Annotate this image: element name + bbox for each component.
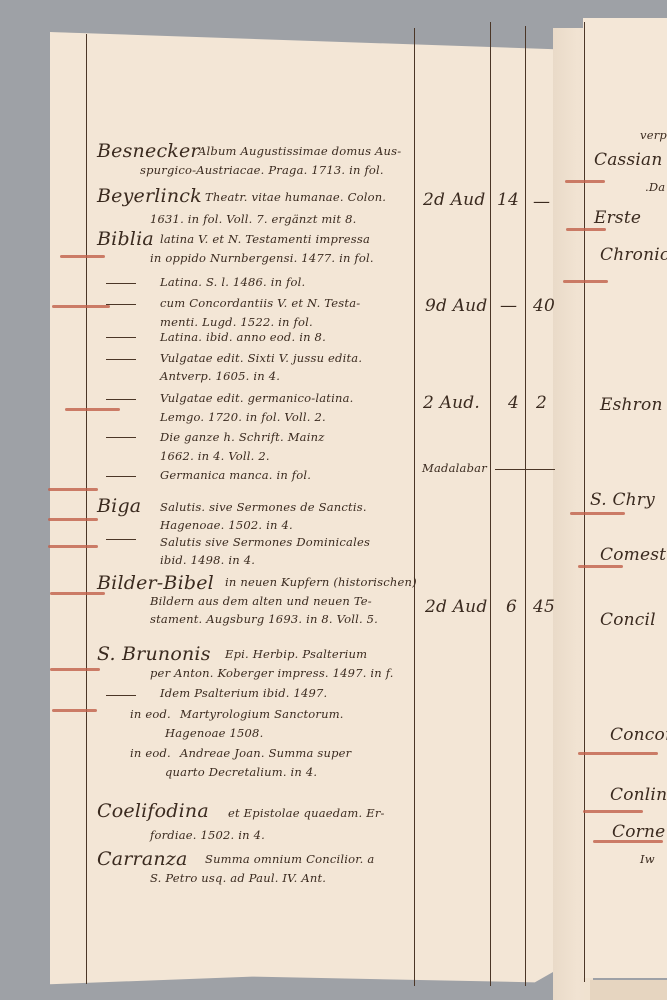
red-mark [48, 545, 98, 548]
entry-line: cum Concordantiis V. et N. Testa- [160, 296, 360, 310]
entry-line: latina V. et N. Testamenti impressa [160, 232, 370, 246]
entry-line: Salutis sive Sermones Dominicales [160, 535, 370, 549]
right-fragment: verp [640, 128, 667, 142]
entry-line: et Epistolae quaedam. Er- [228, 806, 385, 820]
red-mark [48, 518, 98, 521]
entry-line: fordiae. 1502. in 4. [150, 828, 265, 842]
ditto-dash [106, 437, 136, 438]
right-fragment: Comest [600, 545, 666, 565]
entry-line: Salutis. sive Sermones de Sanctis. [160, 500, 367, 514]
entry-line: Latina. S. l. 1486. in fol. [160, 275, 305, 289]
entry-heading: Besnecker [97, 140, 200, 162]
edition-cell: 2 Aud. [423, 393, 480, 413]
ditto-dash [106, 283, 136, 284]
ditto-dash [106, 337, 136, 338]
entry-heading: S. Brunonis [97, 643, 211, 665]
entry-line: Martyrologium Sanctorum. [180, 707, 344, 721]
ditto-dash [106, 304, 136, 305]
red-mark [52, 305, 110, 308]
entry-line: stament. Augsburg 1693. in 8. Voll. 5. [150, 612, 378, 626]
right-fragment: Concor [610, 725, 667, 745]
entry-line: Summa omnium Concilior. a [205, 852, 374, 866]
entry-line: Bildern aus dem alten und neuen Te- [150, 594, 372, 608]
entry-line: per Anton. Koberger impress. 1497. in f. [150, 666, 394, 680]
entry-line: 1631. in fol. Voll. 7. ergänzt mit 8. [150, 212, 356, 226]
madalabar-rule [495, 469, 555, 470]
column-rule-edition [414, 28, 415, 986]
entry-line: Idem Psalterium ibid. 1497. [160, 686, 327, 700]
right-fragment: Erste [594, 208, 641, 228]
right-fragment: Iw [640, 852, 655, 866]
entry-prefix: in eod. [130, 707, 171, 721]
entry-line: Hagenoae 1508. [165, 726, 263, 740]
right-fragment: Eshron [600, 395, 663, 415]
entry-line: Latina. ibid. anno eod. in 8. [160, 330, 326, 344]
entry-line: Die ganze h. Schrift. Mainz [160, 430, 325, 444]
entry-heading: Bilder-Bibel [97, 572, 214, 594]
value-cell-2: 40 [533, 296, 555, 316]
right-fragment: Conlin [610, 785, 667, 805]
red-mark [65, 408, 120, 411]
red-mark [60, 255, 105, 258]
value-cell-2: 2 [536, 393, 547, 413]
entry-heading: Carranza [97, 848, 188, 870]
column-rule-value-1 [490, 22, 491, 986]
entry-line: Andreae Joan. Summa super [180, 746, 351, 760]
edition-cell: Madalabar [422, 461, 487, 475]
entry-line: Antverp. 1605. in 4. [160, 369, 280, 383]
right-fragment: Corne [612, 822, 665, 842]
right-fragment: .Da [645, 180, 665, 194]
right-page-margin-rule [584, 22, 585, 982]
entry-line: Album Augustissimae domus Aus- [198, 144, 401, 158]
right-fragment: Concil [600, 610, 656, 630]
right-fragment: Chronic [600, 245, 667, 265]
entry-line: menti. Lugd. 1522. in fol. [160, 315, 313, 329]
red-mark [578, 565, 623, 568]
ditto-dash [106, 695, 136, 696]
edition-cell: 9d Aud [425, 296, 487, 316]
entry-line: Vulgatae edit. Sixti V. jussu edita. [160, 351, 362, 365]
entry-line: in oppido Nurnbergensi. 1477. in fol. [150, 251, 374, 265]
red-mark [583, 810, 643, 813]
red-mark [578, 752, 658, 755]
red-mark [50, 668, 100, 671]
red-mark [563, 280, 608, 283]
entry-line: Theatr. vitae humanae. Colon. [205, 190, 386, 204]
entry-line: Vulgatae edit. germanico-latina. [160, 391, 354, 405]
ditto-dash [106, 399, 136, 400]
column-rule-value-2 [525, 26, 526, 986]
entry-heading: Biblia [97, 228, 154, 250]
entry-line: quarto Decretalium. in 4. [165, 765, 317, 779]
value-cell-2: — [533, 192, 550, 212]
red-mark [566, 228, 606, 231]
entry-line: spurgico-Austriacae. Praga. 1713. in fol… [140, 163, 384, 177]
entry-line: Lemgo. 1720. in fol. Voll. 2. [160, 410, 326, 424]
entry-heading: Beyerlinck [97, 185, 202, 207]
entry-heading: Coelifodina [97, 800, 209, 822]
entry-line: ibid. 1498. in 4. [160, 553, 255, 567]
red-mark [565, 180, 605, 183]
value-cell-1: 6 [506, 597, 517, 617]
entry-line: Hagenoae. 1502. in 4. [160, 518, 293, 532]
value-cell-1: 14 [497, 190, 519, 210]
entry-line: Germanica manca. in fol. [160, 468, 311, 482]
value-cell-1: — [500, 296, 517, 316]
right-fragment: S. Chry [590, 490, 655, 510]
margin-rule [86, 34, 87, 984]
red-mark [48, 488, 98, 491]
red-mark [52, 709, 97, 712]
ditto-dash [106, 476, 136, 477]
entry-line: in neuen Kupfern (historischen) [225, 575, 417, 589]
ditto-dash [106, 359, 136, 360]
underlying-sheet-edge [590, 980, 667, 1000]
right-fragment: Cassian [594, 150, 663, 170]
red-mark [570, 512, 625, 515]
entry-heading: Biga [97, 495, 141, 517]
entry-line: Epi. Herbip. Psalterium [225, 647, 367, 661]
value-cell-1: 4 [508, 393, 519, 413]
value-cell-2: 45 [533, 597, 555, 617]
edition-cell: 2d Aud [425, 597, 487, 617]
entry-line: S. Petro usq. ad Paul. IV. Ant. [150, 871, 326, 885]
entry-line: 1662. in 4. Voll. 2. [160, 449, 270, 463]
edition-cell: 2d Aud [423, 190, 485, 210]
ditto-dash [106, 539, 136, 540]
entry-prefix: in eod. [130, 746, 171, 760]
